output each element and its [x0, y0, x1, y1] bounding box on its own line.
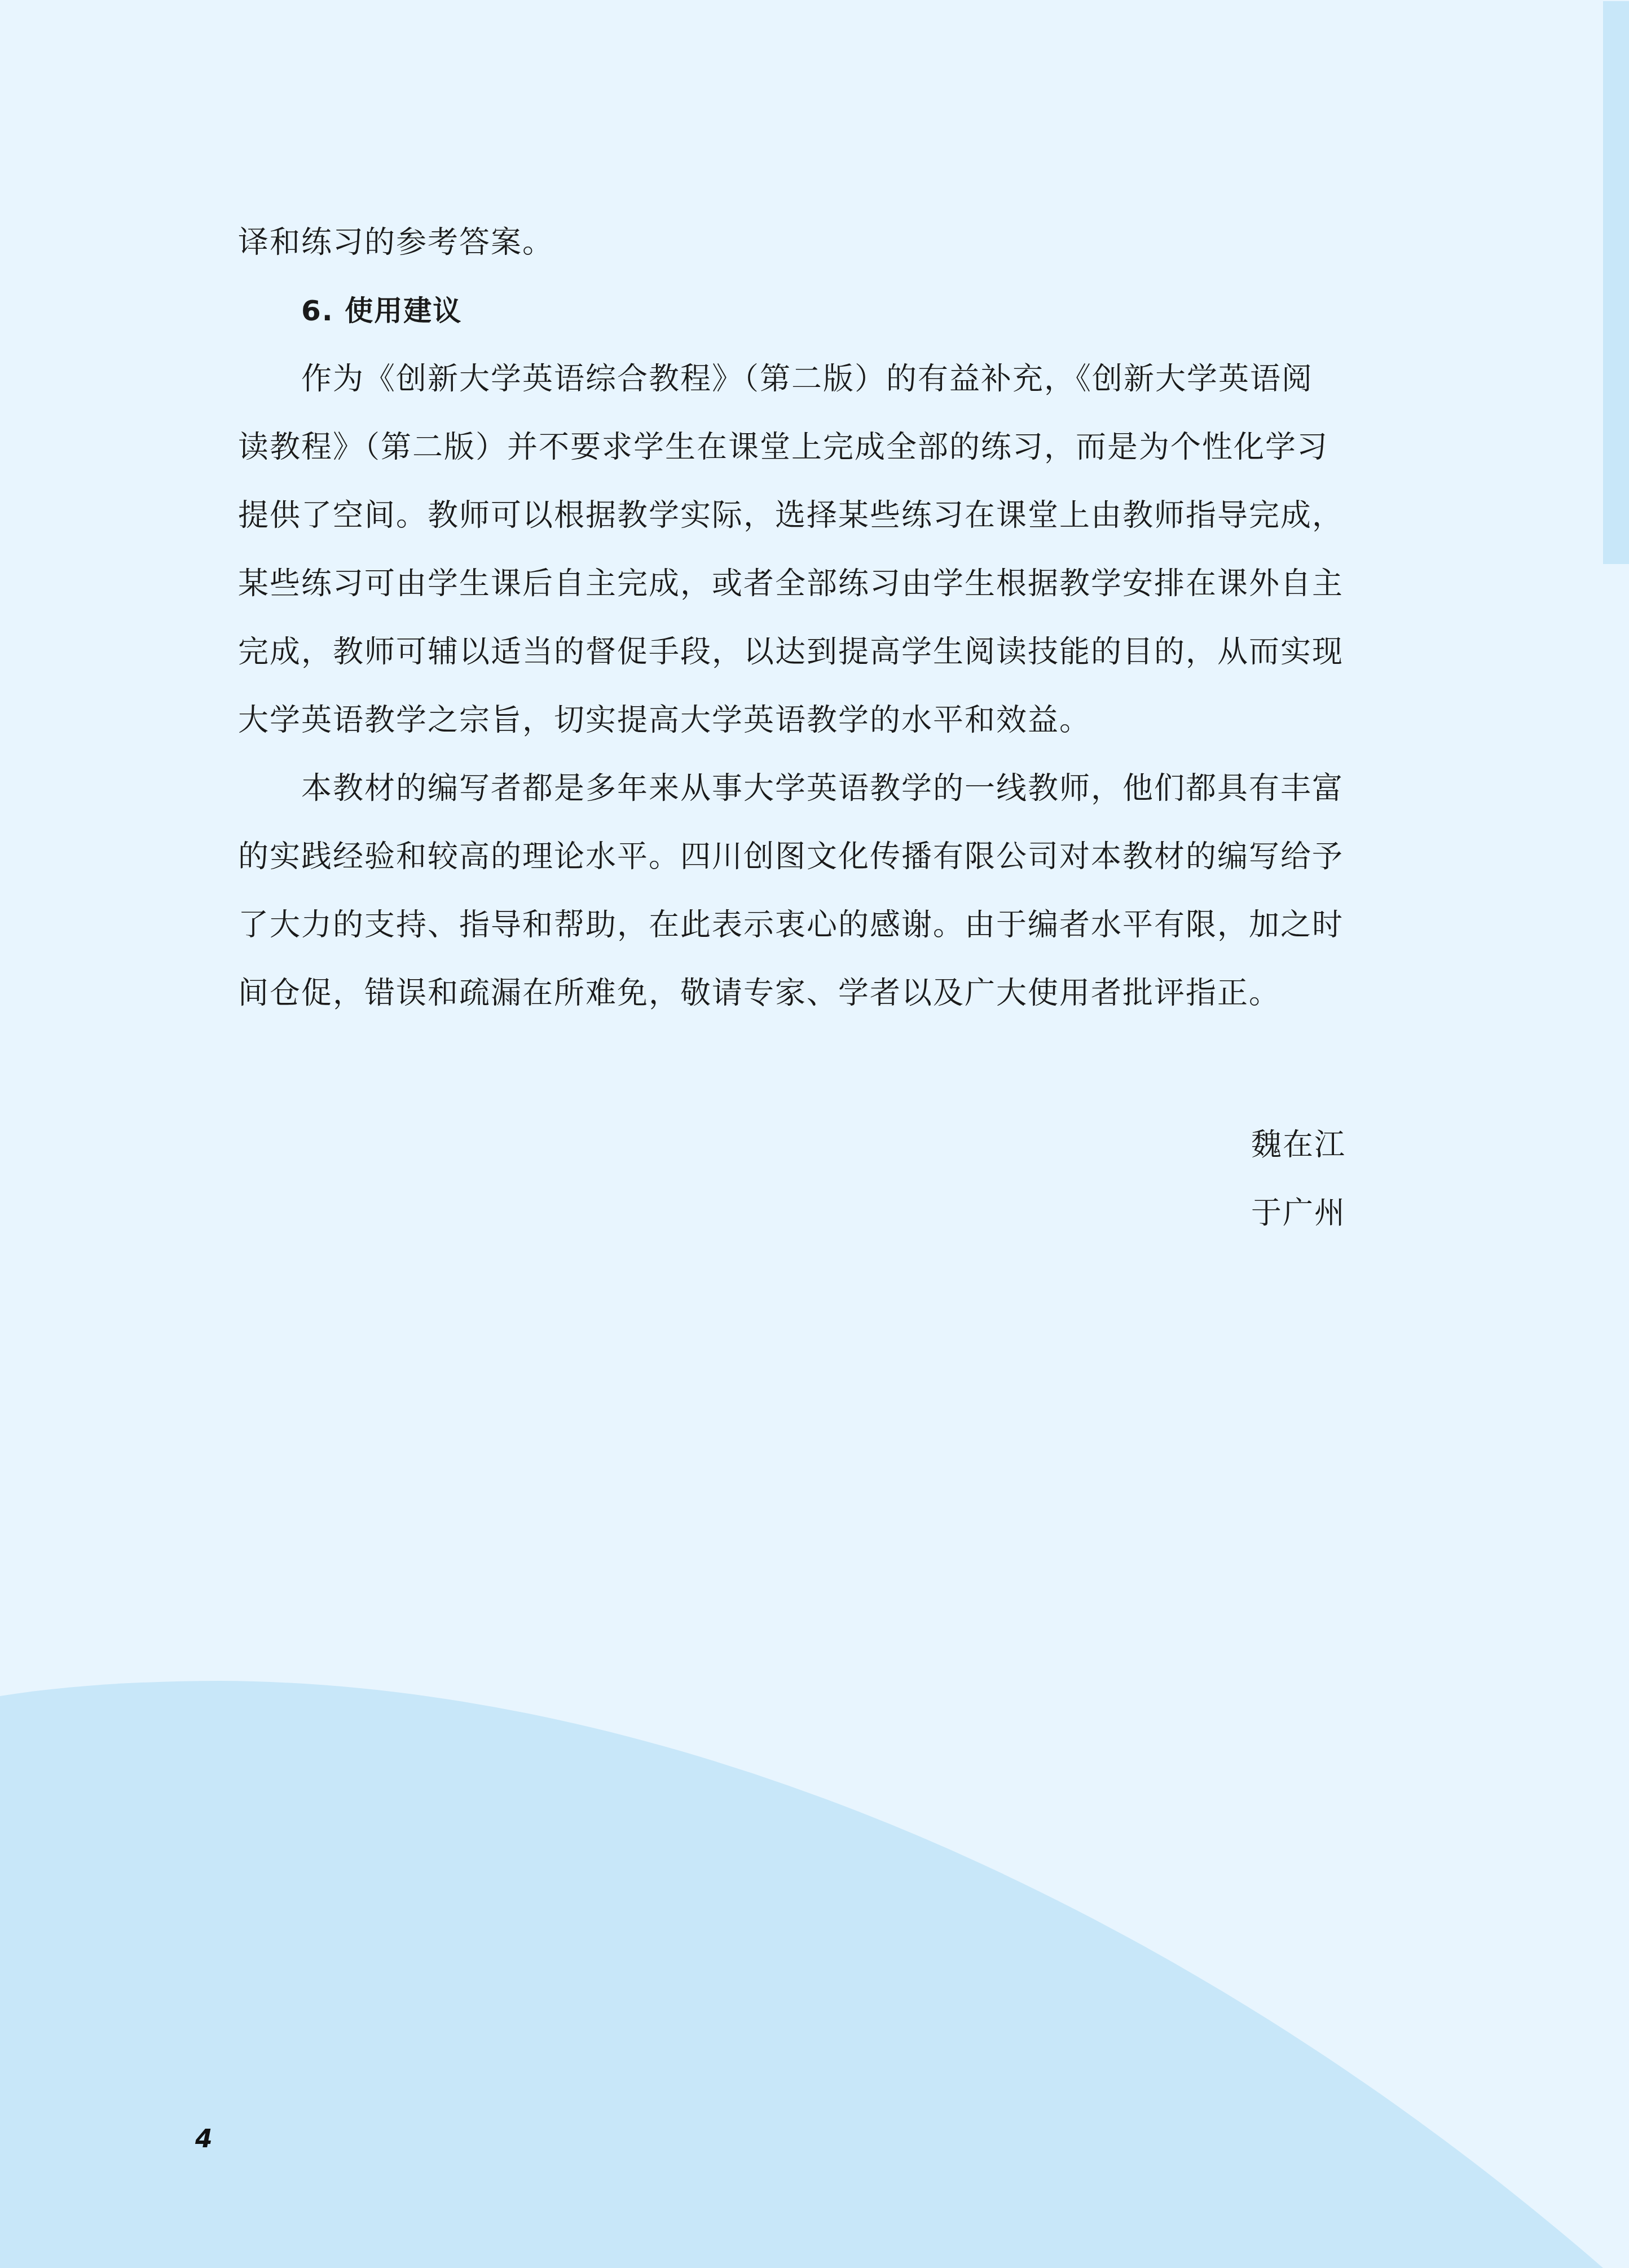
text-line: 间仓促，错误和疏漏在所难免，敬请专家、学者以及广大使用者批评指正。 — [238, 976, 1394, 1010]
document-body: 译和练习的参考答案。 6. 使用建议 作为《创新大学英语综合教程》（第二版）的有… — [238, 226, 1394, 1010]
signature-place: 于广州 — [1251, 1196, 1346, 1230]
text-line: 了大力的支持、指导和帮助，在此表示衷心的感谢。由于编者水平有限，加之时 — [238, 908, 1394, 942]
text-line: 的实践经验和较高的理论水平。四川创图文化传播有限公司对本教材的编写给予 — [238, 840, 1394, 874]
text-line: 大学英语教学之宗旨，切实提高大学英语教学的水平和效益。 — [238, 703, 1394, 737]
text-line: 作为《创新大学英语综合教程》（第二版）的有益补充，《创新大学英语阅 — [238, 362, 1394, 396]
section-heading: 6. 使用建议 — [238, 294, 1394, 328]
text-line: 完成，教师可辅以适当的督促手段，以达到提高学生阅读技能的目的，从而实现 — [238, 635, 1394, 669]
text-line: 译和练习的参考答案。 — [238, 226, 1394, 259]
text-line: 读教程》（第二版）并不要求学生在课堂上完成全部的练习，而是为个性化学习 — [238, 430, 1394, 464]
page-number: 4 — [195, 2125, 213, 2154]
text-line: 某些练习可由学生课后自主完成，或者全部练习由学生根据教学安排在课外自主 — [238, 567, 1394, 601]
text-line: 提供了空间。教师可以根据教学实际，选择某些练习在课堂上由教师指导完成， — [238, 499, 1394, 532]
signature-author: 魏在江 — [1251, 1128, 1346, 1162]
text-line: 本教材的编写者都是多年来从事大学英语教学的一线教师，他们都具有丰富 — [238, 772, 1394, 805]
side-color-strip — [1603, 1, 1629, 564]
